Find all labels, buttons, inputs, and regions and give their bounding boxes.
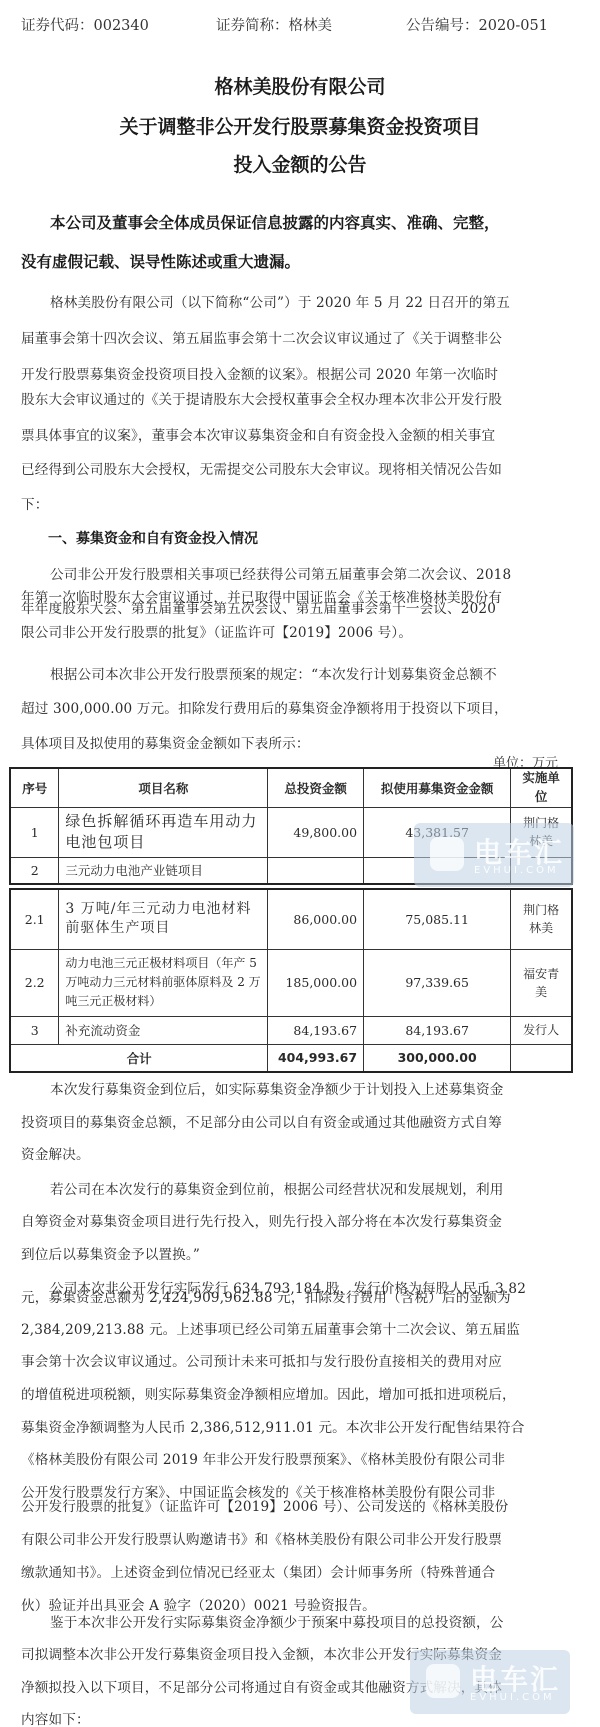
text-line: 公开发行股票的批复》（证监许可【2019】2006 号）、公司发送的《格林美股份 — [21, 1495, 508, 1515]
cell-unit — [511, 1044, 572, 1072]
cell-total: 404,993.67 — [268, 1044, 364, 1072]
text-line: 《格林美股份有限公司 2019 年非公开发行股票预案》、《格林美股份有限公司非 — [21, 1448, 505, 1468]
cell-total — [268, 857, 364, 884]
table-header-row: 序号 项目名称 总投资金额 拟使用募集资金金额 实施单位 — [10, 768, 572, 807]
cell-raise: 97,339.65 — [364, 949, 511, 1016]
text-line: 元，募集资金总额为 2,424,909,962.88 元，扣除发行费用（含税）后… — [21, 1286, 511, 1306]
cell-raise: 300,000.00 — [364, 1044, 511, 1072]
notice-title-line: 投入金额的公告 — [0, 150, 600, 177]
text-line: 开发行股票募集资金投资项目投入金额的议案》。根据公司 2020 年第一次临时 — [21, 363, 498, 383]
column-header: 拟使用募集资金金额 — [364, 768, 511, 807]
text-line: 募集资金净额调整为人民币 2,386,512,911.01 元。本次非公开发行配… — [21, 1416, 525, 1436]
cell-unit: 福安青美 — [511, 949, 572, 1016]
watermark: 电车汇 EVHUI.COM — [414, 823, 574, 887]
cell-name: 绿色拆解循环再造车用动力电池包项目 — [59, 807, 268, 857]
watermark-domain: EVHUI.COM — [470, 1692, 555, 1703]
cell-seq: 2 — [10, 857, 59, 884]
text-line: 股东大会审议通过的《关于提请股东大会授权董事会全权办理本次非公开发行股 — [21, 388, 502, 408]
column-header: 总投资金额 — [268, 768, 364, 807]
cell-total: 86,000.00 — [268, 889, 364, 949]
text-line: 有限公司非公开发行股票认购邀请书》和《格林美股份有限公司非公开发行股票 — [21, 1528, 502, 1548]
cell-raise: 84,193.67 — [364, 1016, 511, 1044]
text-line: 若公司在本次发行的募集资金到位前，根据公司经营状况和发展规划，利用 — [50, 1178, 504, 1198]
text-line: 自筹资金对募集资金项目进行先行投入，则先行投入部分将在本次发行募集资金 — [21, 1210, 502, 1230]
text-line: 下： — [21, 493, 49, 513]
cell-total-label: 合计 — [10, 1044, 268, 1072]
cell-total: 84,193.67 — [268, 1016, 364, 1044]
text-line: 公司非公开发行股票相关事项已经获得公司第五届董事会第二次会议、2018 — [50, 563, 511, 583]
table-total-row: 合计 404,993.67 300,000.00 — [10, 1044, 572, 1072]
text-line: 缴款通知书》。上述资金到位情况已经亚太（集团）会计师事务所（特殊普通合 — [21, 1561, 495, 1581]
table-row: 3 补充流动资金 84,193.67 84,193.67 发行人 — [10, 1016, 572, 1044]
text-line: 票具体事宜的议案》，董事会本次审议募集资金和自有资金投入金额的相关事宜 — [21, 424, 495, 444]
investment-table-part-2: 2.1 3 万吨/年三元动力电池材料前驱体生产项目 86,000.00 75,0… — [9, 888, 573, 1073]
text-line: 内容如下： — [21, 1708, 90, 1727]
text-line: 2,384,209,213.88 元。上述事项已经公司第五届董事会第十二次会议、… — [21, 1318, 520, 1338]
text-line: 事会第十次会议审议通过。公司预计未来可抵扣与发行股份直接相关的费用对应 — [21, 1350, 502, 1370]
watermark-logo-icon — [430, 837, 464, 871]
text-line: 限公司非公开发行股票的批复》（证监许可【2019】2006 号）。 — [21, 621, 412, 641]
table-row: 2.1 3 万吨/年三元动力电池材料前驱体生产项目 86,000.00 75,0… — [10, 889, 572, 949]
text-line: 资金解决。 — [21, 1143, 90, 1163]
cell-total: 49,800.00 — [268, 807, 364, 857]
cell-name: 补充流动资金 — [59, 1016, 268, 1044]
notice-title-line: 关于调整非公开发行股票募集资金投资项目 — [0, 112, 600, 139]
text-line: 到位后以募集资金予以置换。” — [21, 1243, 200, 1263]
company-title: 格林美股份有限公司 — [0, 72, 600, 99]
section-heading: 一、募集资金和自有资金投入情况 — [48, 528, 258, 548]
column-header: 项目名称 — [59, 768, 268, 807]
disclaimer-line: 没有虚假记载、误导性陈述或重大遗漏。 — [21, 250, 300, 272]
table-row: 2.2 动力电池三元正极材料项目（年产 5 万吨动力三元材料前驱体原料及 2 万… — [10, 949, 572, 1016]
cell-name: 3 万吨/年三元动力电池材料前驱体生产项目 — [59, 889, 268, 949]
text-line: 具体项目及拟使用的募集资金金额如下表所示： — [21, 732, 310, 752]
notice-number: 公告编号：2020-051 — [406, 14, 548, 35]
text-line: 鉴于本次非公开发行实际募集资金净额少于预案中募投项目的总投资额，公 — [50, 1611, 504, 1631]
cell-unit: 发行人 — [511, 1016, 572, 1044]
text-line: 超过 300,000.00 万元。扣除发行费用后的募集资金净额将用于投资以下项目… — [21, 697, 508, 717]
text-line: 格林美股份有限公司（以下简称“公司”）于 2020 年 5 月 22 日召开的第… — [50, 291, 510, 311]
cell-raise: 75,085.11 — [364, 889, 511, 949]
cell-name: 动力电池三元正极材料项目（年产 5 万吨动力三元材料前驱体原料及 2 万吨三元正… — [59, 949, 268, 1016]
cell-seq: 2.2 — [10, 949, 59, 1016]
stock-code: 证券代码：002340 — [21, 14, 149, 35]
watermark: 电车汇 EVHUI.COM — [410, 1650, 570, 1714]
column-header: 实施单位 — [511, 768, 572, 807]
text-line: 投资项目的募集资金总额，不足部分由公司以自有资金或通过其他融资方式自筹 — [21, 1111, 502, 1131]
text-line: 届董事会第十四次会议、第五届监事会第十二次会议审议通过了《关于调整非公 — [21, 327, 502, 347]
text-line: 已经得到公司股东大会授权，无需提交公司股东大会审议。现将相关情况公告如 — [21, 458, 502, 478]
text-line: 根据公司本次非公开发行股票预案的规定：“本次发行计划募集资金总额不 — [50, 663, 497, 683]
disclaimer-line: 本公司及董事会全体成员保证信息披露的内容真实、准确、完整， — [50, 211, 500, 233]
text-line: 的增值税进项税额，则实际募集资金净额相应增加。因此，增加可抵扣进项税后， — [21, 1383, 516, 1403]
stock-abbreviation: 证券简称：格林美 — [216, 14, 332, 35]
cell-name: 三元动力电池产业链项目 — [59, 857, 268, 884]
watermark-logo-icon — [426, 1664, 460, 1698]
cell-seq: 2.1 — [10, 889, 59, 949]
text-line: 本次发行募集资金到位后，如实际募集资金净额少于计划投入上述募集资金 — [50, 1078, 504, 1098]
column-header: 序号 — [10, 768, 59, 807]
cell-total: 185,000.00 — [268, 949, 364, 1016]
cell-unit: 荆门格林美 — [511, 889, 572, 949]
watermark-domain: EVHUI.COM — [474, 865, 559, 876]
cell-seq: 3 — [10, 1016, 59, 1044]
cell-seq: 1 — [10, 807, 59, 857]
text-line: 年第一次临时股东大会审议通过，并已取得中国证监会《关于核准格林美股份有 — [21, 586, 502, 606]
